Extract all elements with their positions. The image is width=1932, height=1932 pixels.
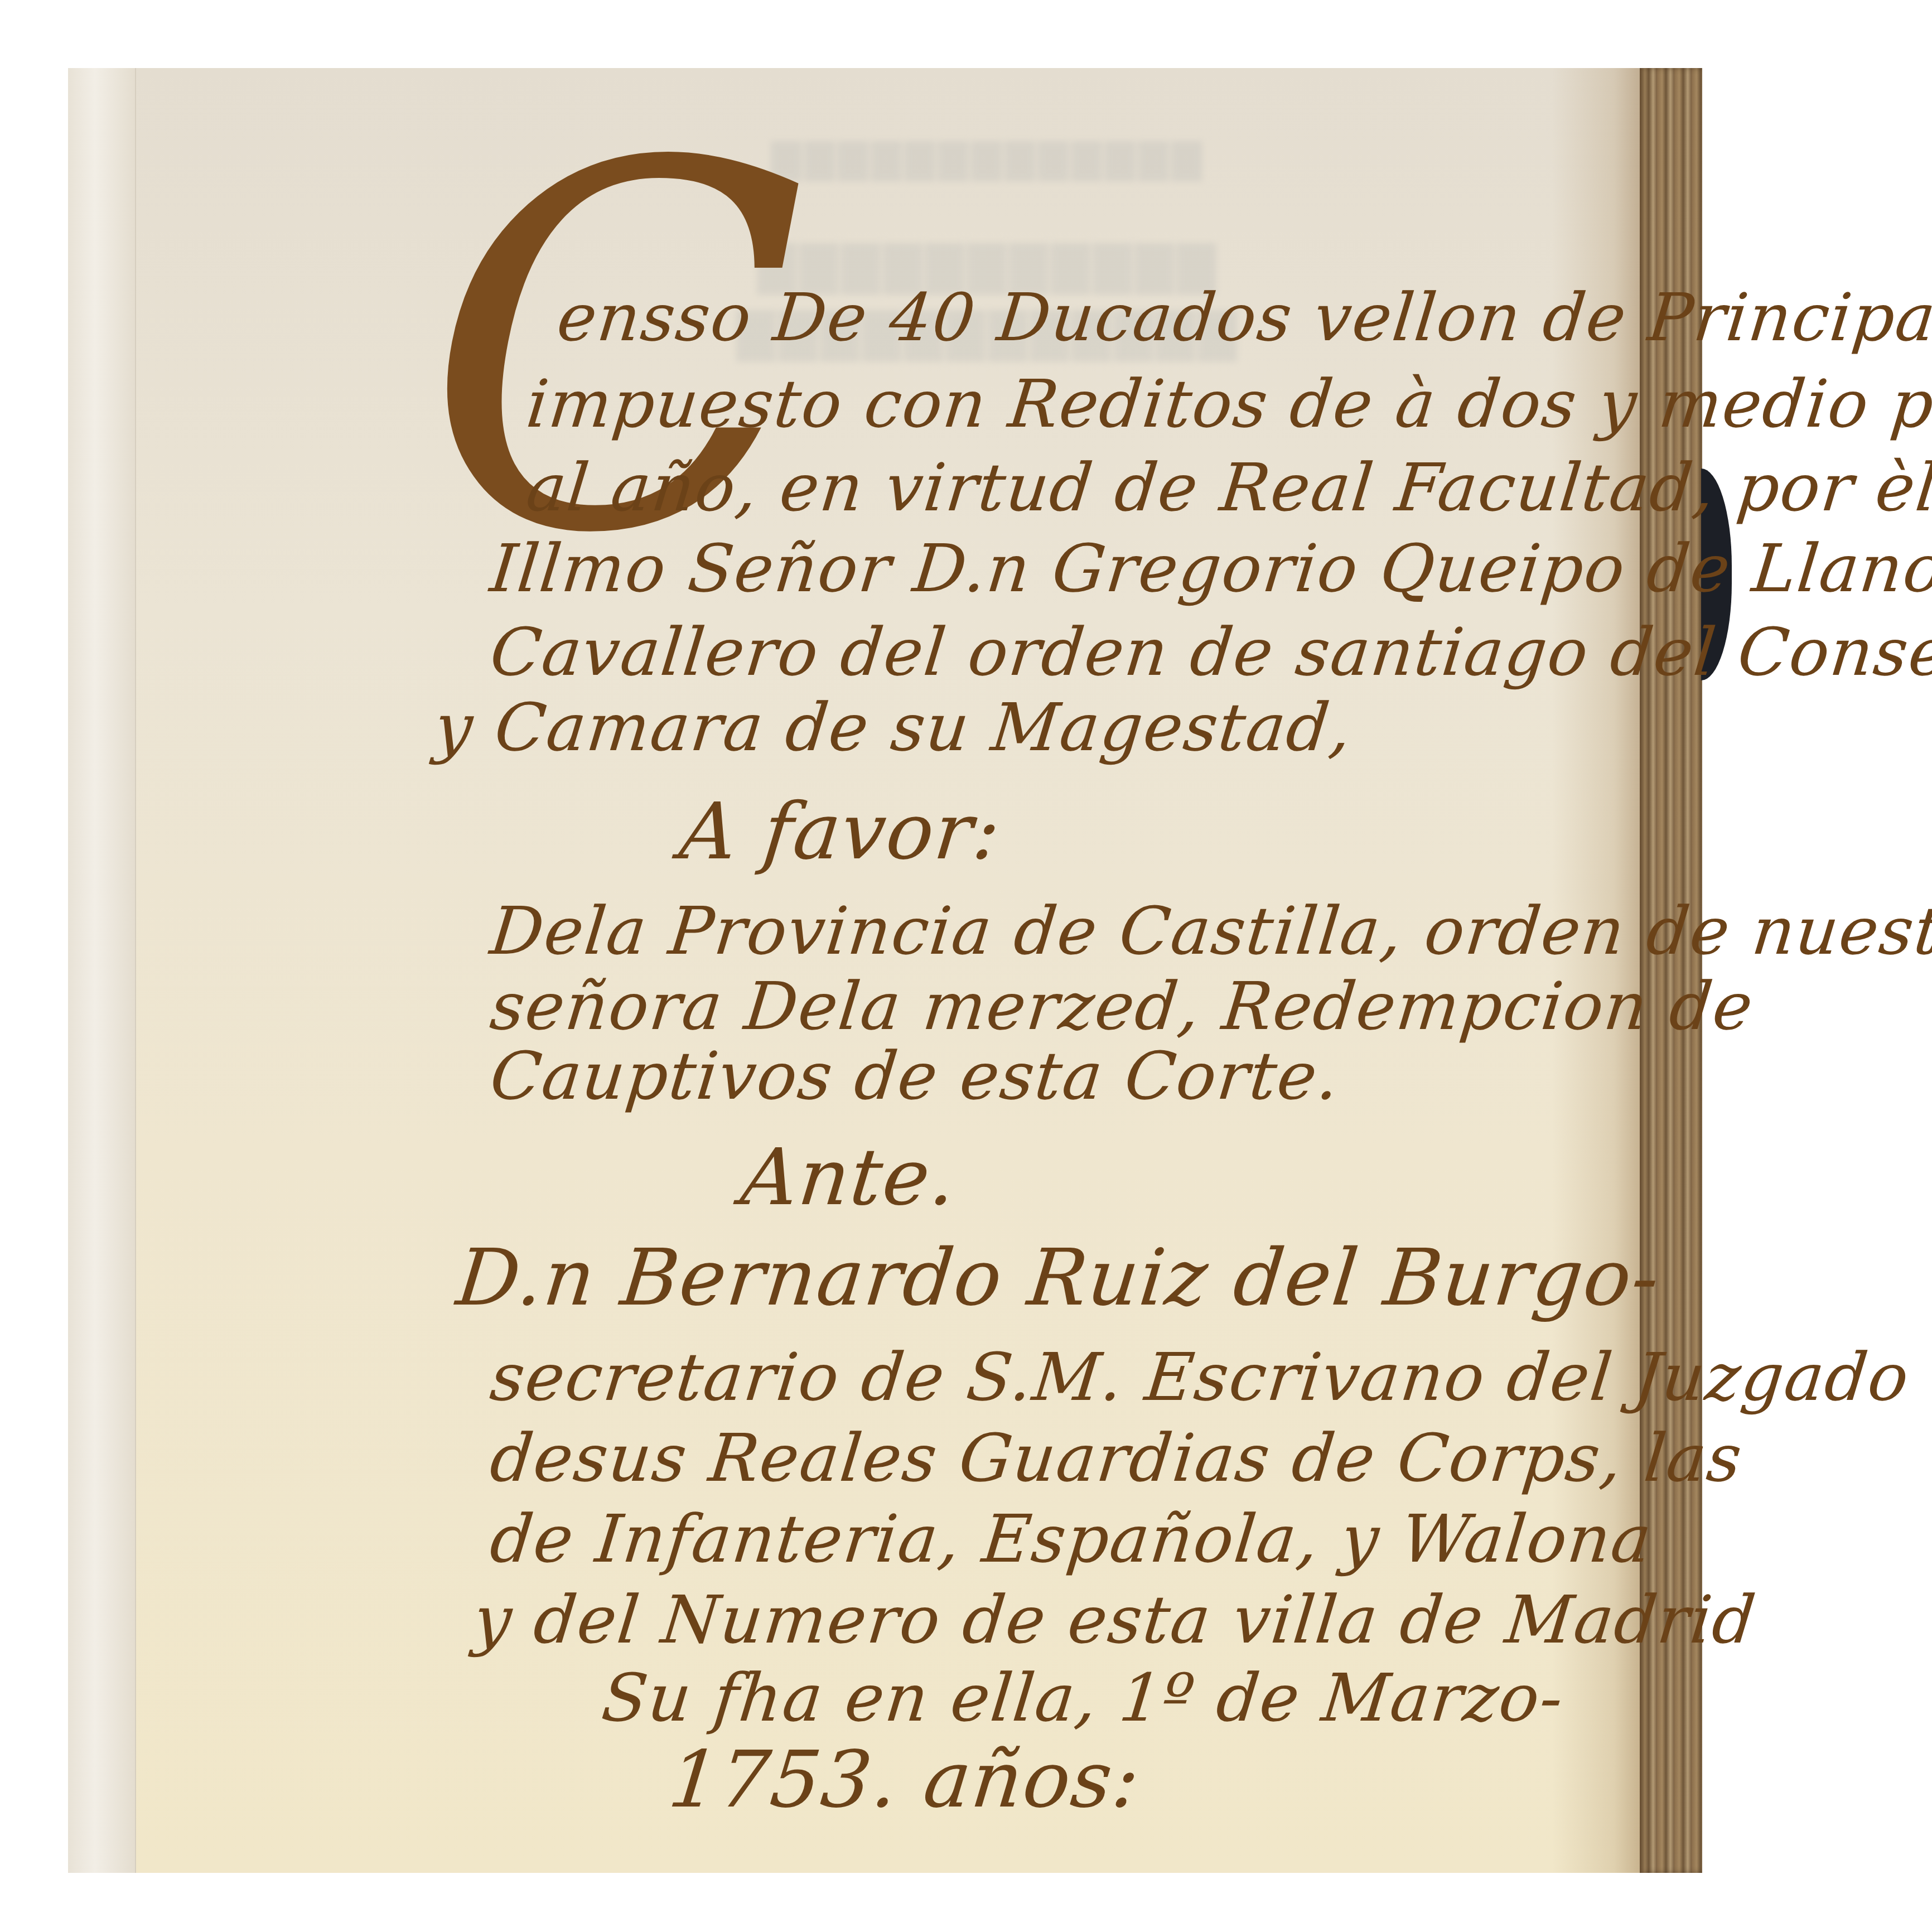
text-line-13: secretario de S.M. Escrivano del Juzgado [487, 1339, 1914, 1416]
text-line-1: ensso De 40 Ducados vellon de Principal, [554, 279, 1932, 356]
text-line-5: Cavallero del orden de santiago del Cons… [487, 614, 1932, 690]
text-line-16: y del Numero de esta villa de Madrid [470, 1581, 1760, 1658]
text-line-15: de Infanteria, Española, y Walona [487, 1500, 1656, 1577]
text-line-8: Dela Provincia de Castilla, orden de nue… [487, 892, 1932, 969]
text-line-14: desus Reales Guardias de Corps, las [487, 1419, 1746, 1496]
text-line-10: Cauptivos de esta Corte. [487, 1037, 1344, 1114]
text-line-2: impuesto con Reditos de à dos y medio po… [523, 365, 1932, 442]
text-line-a-favor: A favor: [675, 786, 1005, 877]
text-line-date: 1753. años: [664, 1735, 1144, 1825]
text-line-9: señora Dela merzed, Redempcion de [487, 968, 1757, 1045]
text-line-6: y Camara de su Magestad, [431, 689, 1356, 766]
text-line-3: al año, en virtud de Real Facultad, por … [523, 449, 1932, 526]
page-gutter [68, 68, 136, 1873]
text-line-17: Su fha en ella, 1º de Marzo- [598, 1659, 1568, 1736]
text-line-12: D.n Bernardo Ruiz del Burgo- [452, 1233, 1664, 1324]
text-line-4: Illmo Señor D.n Gregorio Queipo de Llano… [487, 530, 1932, 607]
text-line-ante: Ante. [737, 1132, 961, 1223]
